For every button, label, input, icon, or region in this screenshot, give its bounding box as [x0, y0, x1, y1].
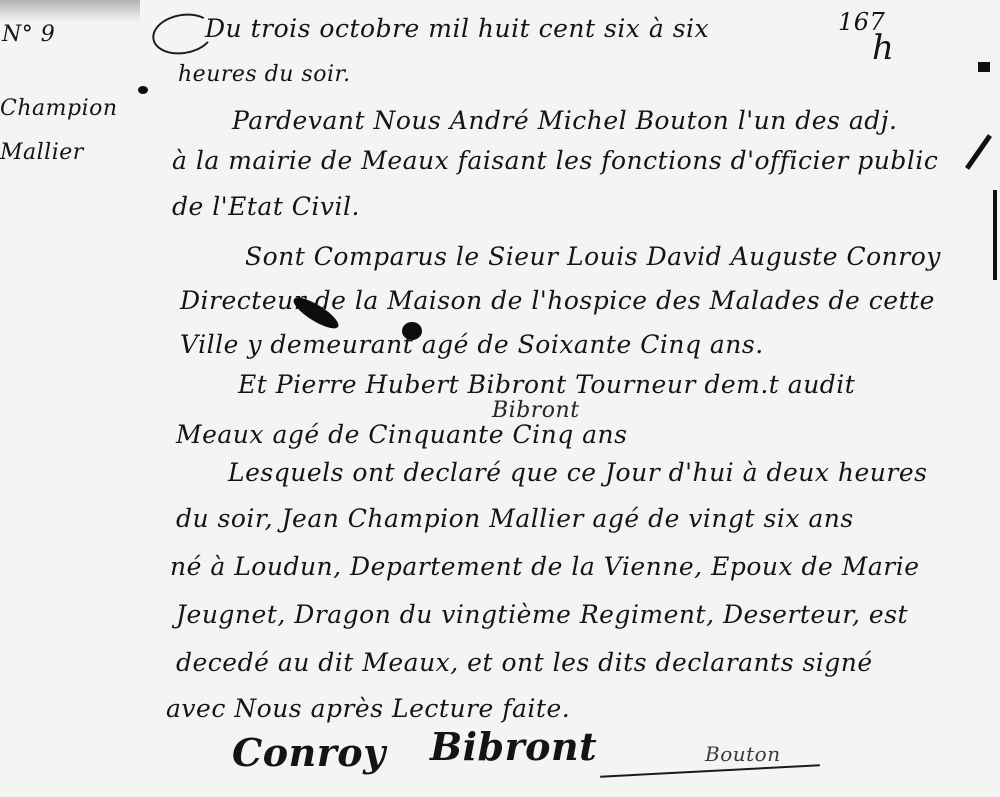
margin-name-second: Mallier [0, 140, 84, 165]
record-line-15: decedé au dit Meaux, et ont les dits dec… [176, 648, 873, 677]
record-line-10: Meaux agé de Cinquante Cinq ans [176, 420, 627, 449]
signature-bibront: Bibront [430, 724, 597, 769]
record-line-6: Sont Comparus le Sieur Louis David Augus… [245, 242, 941, 271]
edge-mark-3 [993, 190, 997, 280]
edge-mark-2 [965, 134, 992, 170]
margin-name-surname: Champion [0, 96, 118, 121]
record-line-1: Du trois octobre mil huit cent six à six [205, 14, 709, 43]
signature-officer: Bouton [705, 742, 781, 766]
scan-shadow [0, 0, 140, 22]
record-line-5: de l'Etat Civil. [172, 192, 360, 221]
signature-stroke [600, 764, 820, 778]
document-page: N° 9 Champion Mallier 167 h Du trois oct… [0, 0, 1000, 797]
ink-speck [138, 86, 148, 94]
edge-mark-1 [978, 62, 990, 72]
record-line-2: heures du soir. [178, 62, 351, 87]
record-line-12: du soir, Jean Champion Mallier agé de vi… [176, 504, 854, 533]
record-line-8: Ville y demeurant agé de Soixante Cinq a… [180, 330, 764, 359]
margin-entry-number: N° 9 [2, 22, 55, 47]
record-line-14: Jeugnet, Dragon du vingtième Regiment, D… [176, 600, 908, 629]
record-line-16: avec Nous après Lecture faite. [166, 694, 570, 723]
record-line-11: Lesquels ont declaré que ce Jour d'hui à… [228, 458, 928, 487]
record-line-4: à la mairie de Meaux faisant les fonctio… [172, 146, 938, 175]
ink-blot-2 [402, 322, 422, 340]
folio-annotation: h [872, 28, 894, 68]
record-line-9: Et Pierre Hubert Bibront Tourneur dem.t … [238, 370, 855, 399]
record-line-3: Pardevant Nous André Michel Bouton l'un … [232, 106, 897, 135]
signature-conroy: Conroy [232, 730, 386, 775]
record-line-13: né à Loudun, Departement de la Vienne, E… [170, 552, 920, 581]
